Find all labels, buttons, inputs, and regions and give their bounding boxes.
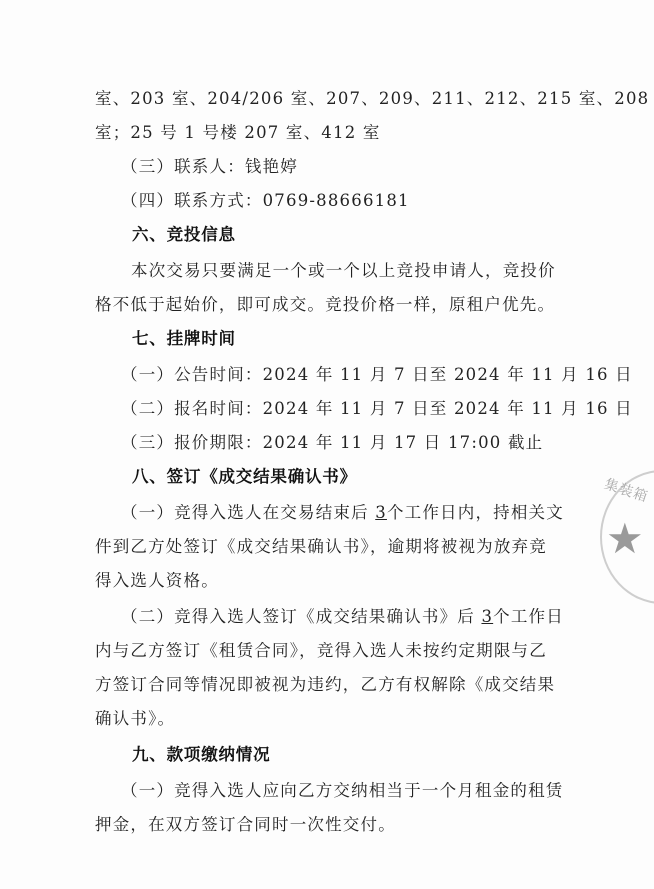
address-line-2: 室；25 号 1 号楼 207 室、412 室	[95, 122, 381, 144]
star-icon: ★	[606, 518, 644, 560]
section-9-heading: 九、款项缴纳情况	[132, 744, 270, 766]
contact-phone: （四）联系方式：0769-88666181	[121, 190, 410, 212]
section-8-item-1-line-1: （一）竞得入选人在交易结束后 3个工作日内，持相关文	[121, 502, 564, 524]
address-line-1: 室、203 室、204/206 室、207、209、211、212、215 室、…	[95, 88, 649, 110]
section-8-item-1-line-3: 得入选人资格。	[95, 570, 219, 592]
section-9-item-1-line-2: 押金，在双方签订合同时一次性交付。	[95, 814, 396, 836]
section-8-item-2-line-4: 确认书》。	[95, 708, 175, 730]
section-8-item-2-line-3: 方签订合同等情况即被视为违约，乙方有权解除《成交结果	[95, 674, 555, 696]
section-7-item-2: （二）报名时间：2024 年 11 月 7 日至 2024 年 11 月 16 …	[121, 398, 633, 420]
section-8-item-2-text-pre: （二）竞得入选人签订《成交结果确认书》后	[121, 607, 481, 626]
section-9-item-1-line-1: （一）竞得入选人应向乙方交纳相当于一个月租金的租赁	[121, 780, 564, 802]
section-8-item-1-days: 3	[375, 503, 387, 522]
section-8-item-2-line-1: （二）竞得入选人签订《成交结果确认书》后 3个工作日	[121, 606, 564, 628]
section-8-item-2-line-2: 内与乙方签订《租赁合同》，竞得入选人未按约定期限与乙	[95, 640, 547, 662]
section-7-item-1: （一）公告时间：2024 年 11 月 7 日至 2024 年 11 月 16 …	[121, 364, 633, 386]
contact-person: （三）联系人：钱艳婷	[121, 156, 298, 178]
document-page: 室、203 室、204/206 室、207、209、211、212、215 室、…	[0, 0, 654, 889]
section-8-item-1-line-2: 件到乙方处签订《成交结果确认书》，逾期将被视为放弃竞	[95, 536, 547, 558]
section-7-heading: 七、挂牌时间	[132, 328, 236, 350]
section-8-item-1-text-pre: （一）竞得入选人在交易结束后	[121, 503, 375, 522]
section-8-item-1-text-post: 个工作日内，持相关文	[387, 503, 564, 522]
section-8-item-2-days: 3	[481, 607, 493, 626]
section-6-para-line-2: 格不低于起始价，即可成交。竞投价格一样，原租户优先。	[95, 294, 555, 316]
section-8-heading: 八、签订《成交结果确认书》	[132, 466, 357, 488]
section-6-heading: 六、竞投信息	[132, 224, 236, 246]
section-7-item-3: （三）报价期限：2024 年 11 月 17 日 17:00 截止	[121, 432, 543, 454]
section-8-item-2-text-post: 个工作日	[493, 607, 564, 626]
section-6-para-line-1: 本次交易只要满足一个或一个以上竞投申请人，竞投价	[131, 260, 556, 282]
